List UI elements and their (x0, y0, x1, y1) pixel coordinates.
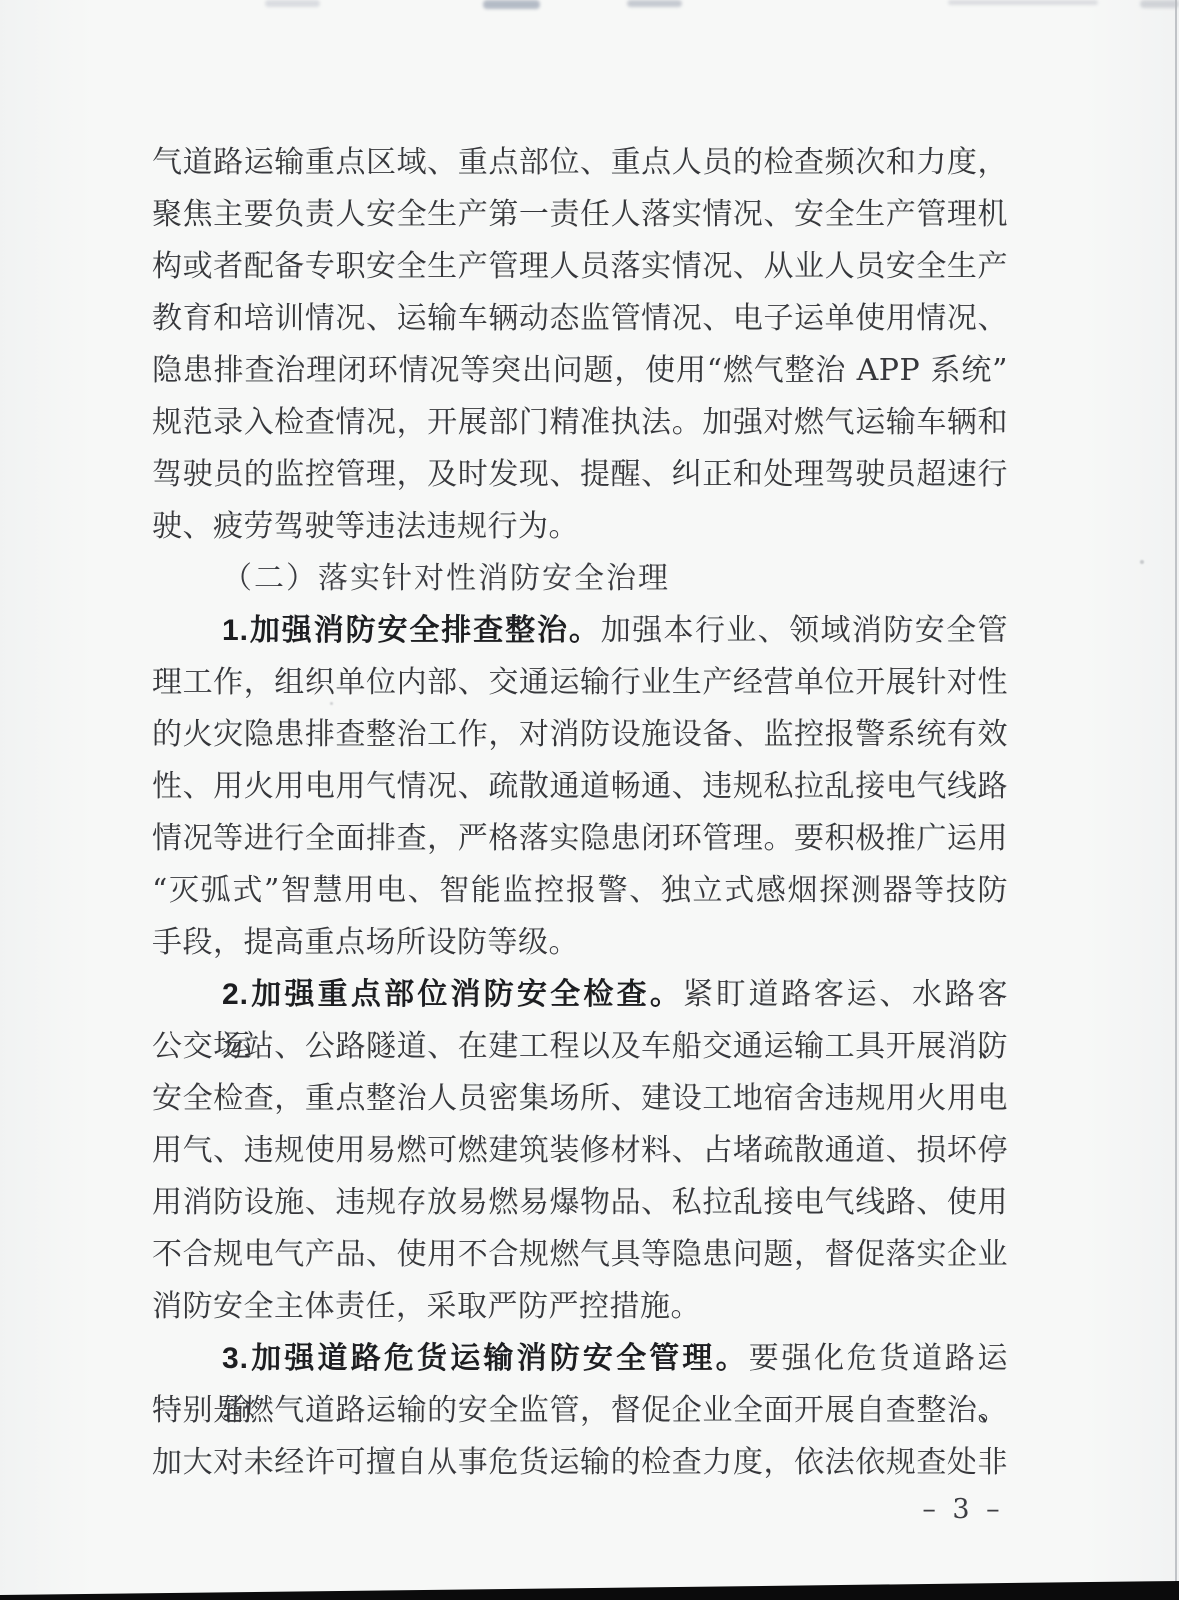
line-text: 用消防设施、违规存放易燃易爆物品、私拉乱接电气线路、使用 (152, 1185, 1008, 1220)
scan-edge-line (1175, 0, 1177, 1588)
scan-smudge (627, 0, 682, 7)
text-line: 加大对未经许可擅自从事危货运输的检查力度，依法依规查处非 (152, 1437, 1008, 1489)
text-line: 驶、疲劳驾驶等违法违规行为。 (152, 501, 1008, 553)
line-text: 特别是燃气道路运输的安全监管，督促企业全面开展自查整治。 (152, 1393, 1008, 1428)
text-line: 气道路运输重点区域、重点部位、重点人员的检查频次和力度， (152, 137, 1008, 189)
scan-smudge (265, 0, 320, 7)
line-text: “灭弧式”智慧用电、智能监控报警、独立式感烟探测器等技防 (152, 873, 1008, 908)
bold-lead-text: 2.加强重点部位消防安全检查。 (222, 978, 683, 1011)
page-number: – 3 – (918, 1492, 1008, 1528)
line-text: 驶、疲劳驾驶等违法违规行为。 (152, 509, 579, 544)
line-text: 消防安全主体责任，采取严防严控措施。 (152, 1289, 701, 1324)
text-line: 2.加强重点部位消防安全检查。紧盯道路客运、水路客运、 (152, 969, 1008, 1021)
text-line: 驾驶员的监控管理，及时发现、提醒、纠正和处理驾驶员超速行 (152, 449, 1008, 501)
text-line: 不合规电气产品、使用不合规燃气具等隐患问题，督促落实企业 (152, 1229, 1008, 1281)
text-line: 聚焦主要负责人安全生产第一责任人落实情况、安全生产管理机 (152, 189, 1008, 241)
line-text: 加大对未经许可擅自从事危货运输的检查力度，依法依规查处非 (152, 1445, 1008, 1480)
text-line: 用消防设施、违规存放易燃易爆物品、私拉乱接电气线路、使用 (152, 1177, 1008, 1229)
line-text: 性、用火用电用气情况、疏散通道畅通、违规私拉乱接电气线路 (152, 769, 1008, 804)
bold-lead-text: 3.加强道路危货运输消防安全管理。 (222, 1342, 749, 1375)
text-line: 规范录入检查情况，开展部门精准执法。加强对燃气运输车辆和 (152, 397, 1008, 449)
text-line: （二）落实针对性消防安全治理 (152, 553, 1008, 605)
text-line: 性、用火用电用气情况、疏散通道畅通、违规私拉乱接电气线路 (152, 761, 1008, 813)
text-line: 特别是燃气道路运输的安全监管，督促企业全面开展自查整治。 (152, 1385, 1008, 1437)
text-line: 手段，提高重点场所设防等级。 (152, 917, 1008, 969)
text-line: “灭弧式”智慧用电、智能监控报警、独立式感烟探测器等技防 (152, 865, 1008, 917)
text-line: 消防安全主体责任，采取严防严控措施。 (152, 1281, 1008, 1333)
line-text: 气道路运输重点区域、重点部位、重点人员的检查频次和力度， (152, 145, 1008, 180)
text-line: 教育和培训情况、运输车辆动态监管情况、电子运单使用情况、 (152, 293, 1008, 345)
line-text: 驾驶员的监控管理，及时发现、提醒、纠正和处理驾驶员超速行 (152, 457, 1008, 492)
text-line: 理工作，组织单位内部、交通运输行业生产经营单位开展针对性 (152, 657, 1008, 709)
text-line: 1.加强消防安全排查整治。加强本行业、领域消防安全管 (152, 605, 1008, 657)
text-line: 用气、违规使用易燃可燃建筑装修材料、占堵疏散通道、损坏停 (152, 1125, 1008, 1177)
line-text: 聚焦主要负责人安全生产第一责任人落实情况、安全生产管理机 (152, 197, 1008, 232)
text-line: 构或者配备专职安全生产管理人员落实情况、从业人员安全生产 (152, 241, 1008, 293)
line-text: （二）落实针对性消防安全治理 (222, 561, 670, 596)
scan-smudge (483, 0, 540, 9)
line-text: 隐患排查治理闭环情况等突出问题，使用“燃气整治 APP 系统” (152, 353, 1008, 388)
text-line: 公交场站、公路隧道、在建工程以及车船交通运输工具开展消防 (152, 1021, 1008, 1073)
scan-smudge (948, 0, 1098, 5)
scan-speck (1140, 560, 1144, 564)
scan-speck (330, 702, 333, 705)
text-line: 安全检查，重点整治人员密集场所、建设工地宿舍违规用火用电 (152, 1073, 1008, 1125)
line-text: 不合规电气产品、使用不合规燃气具等隐患问题，督促落实企业 (152, 1237, 1008, 1272)
text-block: 气道路运输重点区域、重点部位、重点人员的检查频次和力度，聚焦主要负责人安全生产第… (152, 137, 1008, 1489)
line-text: 加强本行业、领域消防安全管 (601, 613, 1008, 648)
scanned-document-page: 气道路运输重点区域、重点部位、重点人员的检查频次和力度，聚焦主要负责人安全生产第… (0, 0, 1179, 1600)
line-text: 的火灾隐患排查整治工作，对消防设施设备、监控报警系统有效 (152, 717, 1008, 752)
line-text: 理工作，组织单位内部、交通运输行业生产经营单位开展针对性 (152, 665, 1008, 700)
line-text: 教育和培训情况、运输车辆动态监管情况、电子运单使用情况、 (152, 301, 1008, 336)
text-line: 隐患排查治理闭环情况等突出问题，使用“燃气整治 APP 系统” (152, 345, 1008, 397)
line-text: 公交场站、公路隧道、在建工程以及车船交通运输工具开展消防 (152, 1029, 1008, 1064)
line-text: 构或者配备专职安全生产管理人员落实情况、从业人员安全生产 (152, 249, 1008, 284)
scan-smudge (1140, 0, 1179, 8)
text-line: 3.加强道路危货运输消防安全管理。要强化危货道路运输、 (152, 1333, 1008, 1385)
line-text: 规范录入检查情况，开展部门精准执法。加强对燃气运输车辆和 (152, 405, 1008, 440)
line-text: 情况等进行全面排查，严格落实隐患闭环管理。要积极推广运用 (152, 821, 1008, 856)
bold-lead-text: 1.加强消防安全排查整治。 (222, 614, 601, 647)
text-line: 情况等进行全面排查，严格落实隐患闭环管理。要积极推广运用 (152, 813, 1008, 865)
line-text: 用气、违规使用易燃可燃建筑装修材料、占堵疏散通道、损坏停 (152, 1133, 1008, 1168)
line-text: 安全检查，重点整治人员密集场所、建设工地宿舍违规用火用电 (152, 1081, 1008, 1116)
text-line: 的火灾隐患排查整治工作，对消防设施设备、监控报警系统有效 (152, 709, 1008, 761)
line-text: 手段，提高重点场所设防等级。 (152, 925, 579, 960)
